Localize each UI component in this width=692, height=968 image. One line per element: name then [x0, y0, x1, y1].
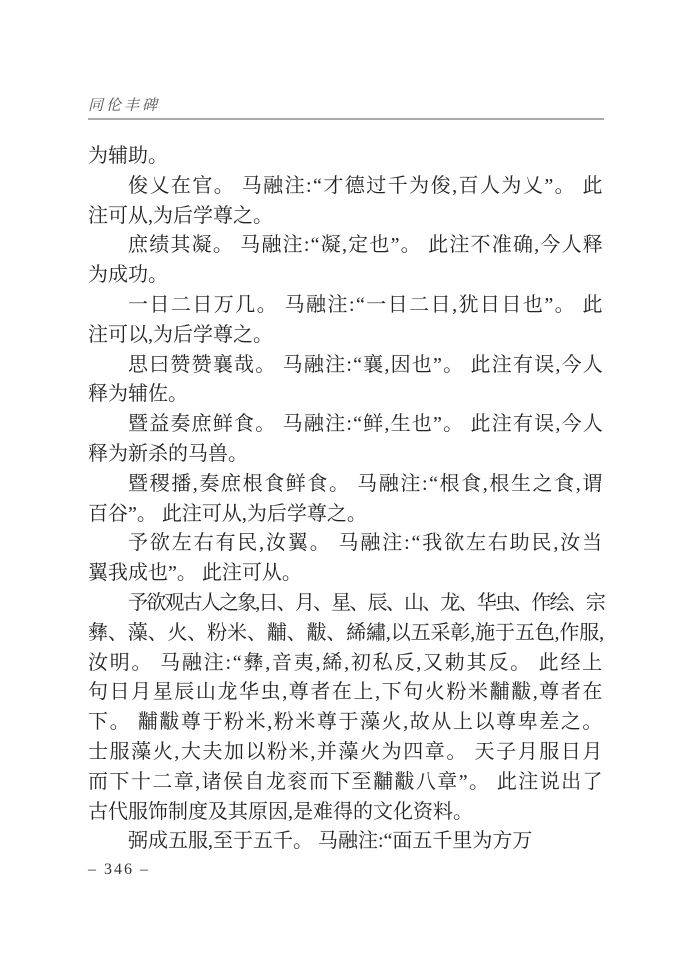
text-line: 注可从,为后学尊之。	[88, 202, 604, 232]
text-line: 暨稷播,奏庶根食鲜食。 马融注:“根食,根生之食,谓	[88, 470, 604, 500]
text-line: 予欲左右有民,汝翼。 马融注:“我欲左右助民,汝当	[88, 529, 604, 559]
text-line-content: 弼成五服,至于五千。 马融注:“面五千里为方万	[128, 830, 532, 852]
page-number: – 346 –	[88, 861, 150, 879]
text-line: 汝明。 马融注:“彝,音夷,絺,初私反,又勅其反。 此经上	[88, 649, 604, 679]
text-line-content: 古代服饰制度及其原因,是难得的文化资料。	[88, 801, 473, 823]
text-line: 庶绩其凝。 马融注:“凝,定也”。 此注不准确,今人释	[88, 231, 604, 261]
text-line-content: 一日二日万几。 马融注:“一日二日,犹日日也”。 此	[128, 294, 604, 316]
text-line-content: 释为辅佐。	[88, 383, 188, 405]
text-line: 思曰赞赞襄哉。 马融注:“襄,因也”。 此注有误,今人	[88, 351, 604, 381]
text-line: 释为新杀的马兽。	[88, 440, 604, 470]
text-line: 注可以,为后学尊之。	[88, 321, 604, 351]
text-line: 为成功。	[88, 261, 604, 291]
text-line: 彝、藻、火、粉米、黼、黻、絺繡,以五采彰,施于五色,作服,	[88, 619, 604, 649]
text-line: 予欲观古人之象,日、月、星、辰、山、龙、华虫、作绘、宗	[88, 589, 604, 619]
text-line: 百谷”。 此注可从,为后学尊之。	[88, 500, 604, 530]
text-line-content: 句日月星辰山龙华虫,尊者在上,下句火粉米黼黻,尊者在	[88, 681, 604, 703]
text-line: 一日二日万几。 马融注:“一日二日,犹日日也”。 此	[88, 291, 604, 321]
text-line: 释为辅佐。	[88, 380, 604, 410]
text-line-content: 庶绩其凝。 马融注:“凝,定也”。 此注不准确,今人释	[128, 234, 604, 256]
header-divider	[88, 118, 604, 120]
text-line-content: 俊乂在官。 马融注:“才德过千为俊,百人为乂”。 此	[128, 175, 604, 197]
text-line-content: 思曰赞赞襄哉。 马融注:“襄,因也”。 此注有误,今人	[128, 354, 604, 376]
text-line-content: 暨益奏庶鲜食。 马融注:“鲜,生也”。 此注有误,今人	[128, 413, 604, 435]
text-line-content: 彝、藻、火、粉米、黼、黻、絺繡,以五采彰,施于五色,作服,	[88, 622, 604, 644]
text-line: 句日月星辰山龙华虫,尊者在上,下句火粉米黼黻,尊者在	[88, 678, 604, 708]
scanned-book-page: 同伦丰碑 为辅助。俊乂在官。 马融注:“才德过千为俊,百人为乂”。 此注可从,为…	[0, 0, 692, 968]
text-line-content: 释为新杀的马兽。	[88, 443, 248, 465]
text-line: 翼我成也”。 此注可从。	[88, 559, 604, 589]
text-line-content: 注可以,为后学尊之。	[88, 324, 273, 346]
text-line-content: 士服藻火,大夫加以粉米,并藻火为四章。 天子月服日月	[88, 741, 604, 763]
text-line-content: 为辅助。	[88, 145, 168, 167]
text-line: 为辅助。	[88, 142, 604, 172]
text-line-content: 下。 黼黻尊于粉米,粉米尊于藻火,故从上以尊卑差之。	[88, 711, 604, 733]
text-line-content: 汝明。 马融注:“彝,音夷,絺,初私反,又勅其反。 此经上	[88, 652, 604, 674]
text-line: 暨益奏庶鲜食。 马融注:“鲜,生也”。 此注有误,今人	[88, 410, 604, 440]
text-line-content: 为成功。	[88, 264, 168, 286]
body-text: 为辅助。俊乂在官。 马融注:“才德过千为俊,百人为乂”。 此注可从,为后学尊之。…	[88, 142, 604, 857]
running-head-title: 同伦丰碑	[88, 94, 604, 115]
text-line: 而下十二章,诸侯自龙衮而下至黼黻八章”。 此注说出了	[88, 768, 604, 798]
text-line-content: 而下十二章,诸侯自龙衮而下至黼黻八章”。 此注说出了	[88, 771, 604, 793]
text-line-content: 翼我成也”。 此注可从。	[88, 562, 302, 584]
text-line: 下。 黼黻尊于粉米,粉米尊于藻火,故从上以尊卑差之。	[88, 708, 604, 738]
text-line: 士服藻火,大夫加以粉米,并藻火为四章。 天子月服日月	[88, 738, 604, 768]
text-line-content: 暨稷播,奏庶根食鲜食。 马融注:“根食,根生之食,谓	[128, 473, 604, 495]
text-line: 古代服饰制度及其原因,是难得的文化资料。	[88, 798, 604, 828]
text-line: 弼成五服,至于五千。 马融注:“面五千里为方万	[88, 827, 604, 857]
text-line: 俊乂在官。 马融注:“才德过千为俊,百人为乂”。 此	[88, 172, 604, 202]
text-line-content: 注可从,为后学尊之。	[88, 205, 273, 227]
text-line-content: 百谷”。 此注可从,为后学尊之。	[88, 503, 367, 525]
text-line-content: 予欲观古人之象,日、月、星、辰、山、龙、华虫、作绘、宗	[128, 592, 604, 614]
text-line-content: 予欲左右有民,汝翼。 马融注:“我欲左右助民,汝当	[128, 532, 604, 554]
